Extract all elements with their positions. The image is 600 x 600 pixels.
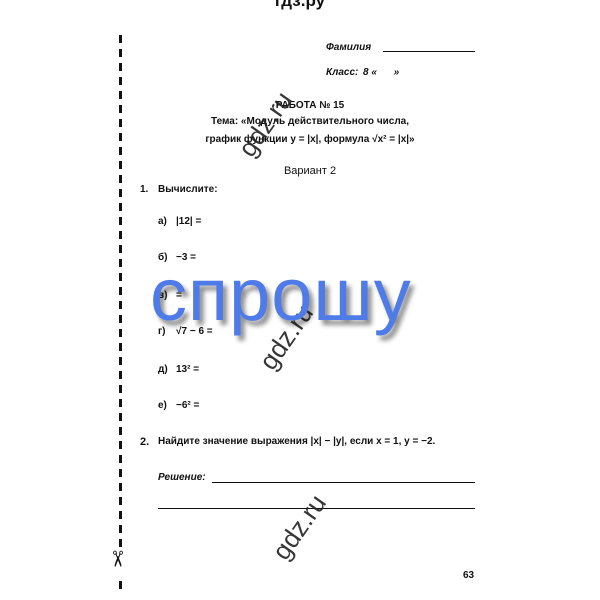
topic-line-2: график функции y = |x|, формула √x² = |x… — [140, 134, 480, 145]
cut-line-dash — [119, 357, 122, 365]
cut-line-dash — [119, 301, 122, 309]
cut-line-dash — [119, 413, 122, 421]
cut-line-dash — [119, 35, 122, 43]
task1-item-label: е) — [158, 400, 167, 411]
cut-line-dash — [119, 343, 122, 351]
cut-line-dash — [119, 49, 122, 57]
cut-line-dash — [119, 287, 122, 295]
task1-item-expression: 13² = — [176, 364, 199, 375]
cut-line-dash — [119, 147, 122, 155]
cut-line-dash — [119, 441, 122, 449]
cut-line-dash — [119, 385, 122, 393]
cut-line-dash — [119, 77, 122, 85]
task1-item-label: а) — [158, 216, 167, 227]
cut-line-dash — [119, 483, 122, 491]
cut-line-dash — [119, 217, 122, 225]
cut-line-dash — [119, 329, 122, 337]
overlay-text: спрошу — [150, 258, 412, 332]
cut-line-dash — [119, 133, 122, 141]
cut-line-dash — [119, 119, 122, 127]
cut-line-dash — [119, 203, 122, 211]
cut-line-dash — [119, 581, 122, 589]
cut-line-dash — [119, 469, 122, 477]
class-label: Класс: — [326, 67, 358, 78]
task1-item-label: д) — [158, 364, 168, 375]
cut-line-dash — [119, 455, 122, 463]
cut-line-dash — [119, 497, 122, 505]
surname-label: Фамилия — [326, 42, 371, 53]
variant: Вариант 2 — [140, 165, 480, 177]
solution-label: Решение: — [158, 472, 206, 483]
work-title: РАБОТА № 15 — [140, 100, 480, 111]
cut-line-dash — [119, 175, 122, 183]
task1-prompt: Вычислите: — [158, 184, 218, 195]
cut-line-dash — [119, 273, 122, 281]
cut-line-dash — [119, 427, 122, 435]
cut-line-dash — [119, 245, 122, 253]
surname-field[interactable] — [383, 41, 475, 52]
cut-line-dash — [119, 399, 122, 407]
cut-line-dash — [119, 63, 122, 71]
cut-line-dash — [119, 189, 122, 197]
cut-line-dash — [119, 371, 122, 379]
task1-item-expression: −6² = — [176, 400, 199, 411]
topic-line-1: Тема: «Модуль действительного числа, — [140, 116, 480, 127]
class-value: 8 « » — [363, 67, 399, 78]
task2-prompt: Найдите значение выражения |x| − |y|, ес… — [158, 436, 435, 447]
scissors-icon: ✂ — [104, 550, 130, 568]
cut-line-dash — [119, 511, 122, 519]
task1-number: 1. — [140, 184, 148, 195]
cut-line-dash — [119, 315, 122, 323]
cut-line-dash — [119, 525, 122, 533]
solution-line-1[interactable] — [212, 472, 475, 483]
task2-number: 2. — [140, 436, 149, 448]
page-number: 63 — [463, 570, 474, 581]
cut-line-dash — [119, 105, 122, 113]
task1-item-expression: |12| = — [176, 216, 201, 227]
cut-line-dash — [119, 161, 122, 169]
cut-line-dash — [119, 91, 122, 99]
cut-line-dash — [119, 259, 122, 267]
cut-line-dash — [119, 231, 122, 239]
cut-line-dash — [119, 539, 122, 547]
